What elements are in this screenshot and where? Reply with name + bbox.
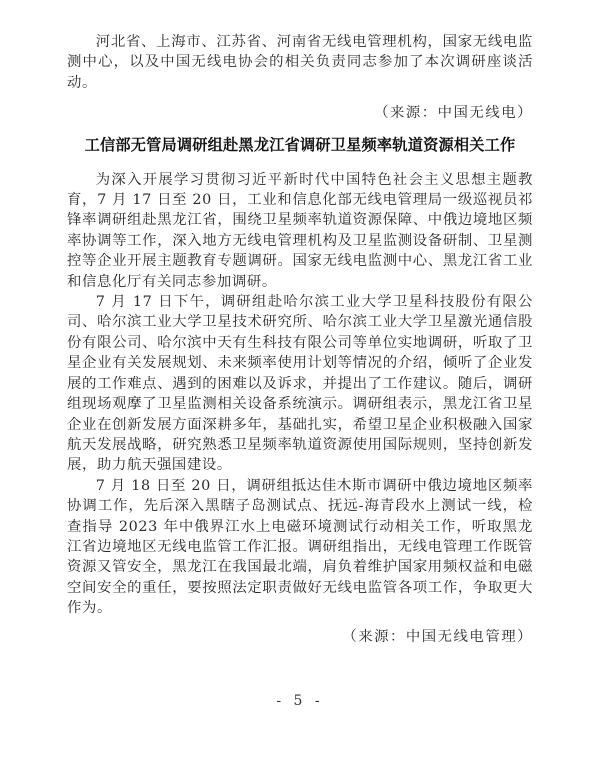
previous-article-source: （来源：中国无线电）	[67, 103, 533, 123]
article-paragraph-2: 7 月 17 日下午，调研组赴哈尔滨工业大学卫星科技股份有限公司、哈尔滨工业大学…	[67, 292, 533, 476]
page-number: - 5 -	[0, 693, 600, 709]
article-source: （来源：中国无线电管理）	[67, 627, 533, 647]
previous-article-closing-paragraph: 河北省、上海市、江苏省、河南省无线电管理机构，国家无线电监测中心，以及中国无线电…	[67, 32, 533, 93]
article-title: 工信部无管局调研组赴黑龙江省调研卫星频率轨道资源相关工作	[67, 134, 533, 156]
article-paragraph-1: 为深入开展学习贯彻习近平新时代中国特色社会主义思想主题教育，7 月 17 日至 …	[67, 170, 533, 292]
article-paragraph-3: 7 月 18 日至 20 日，调研组抵达佳木斯市调研中俄边境地区频率协调工作，先…	[67, 476, 533, 619]
document-page: 河北省、上海市、江苏省、河南省无线电管理机构，国家无线电监测中心，以及中国无线电…	[67, 32, 533, 647]
